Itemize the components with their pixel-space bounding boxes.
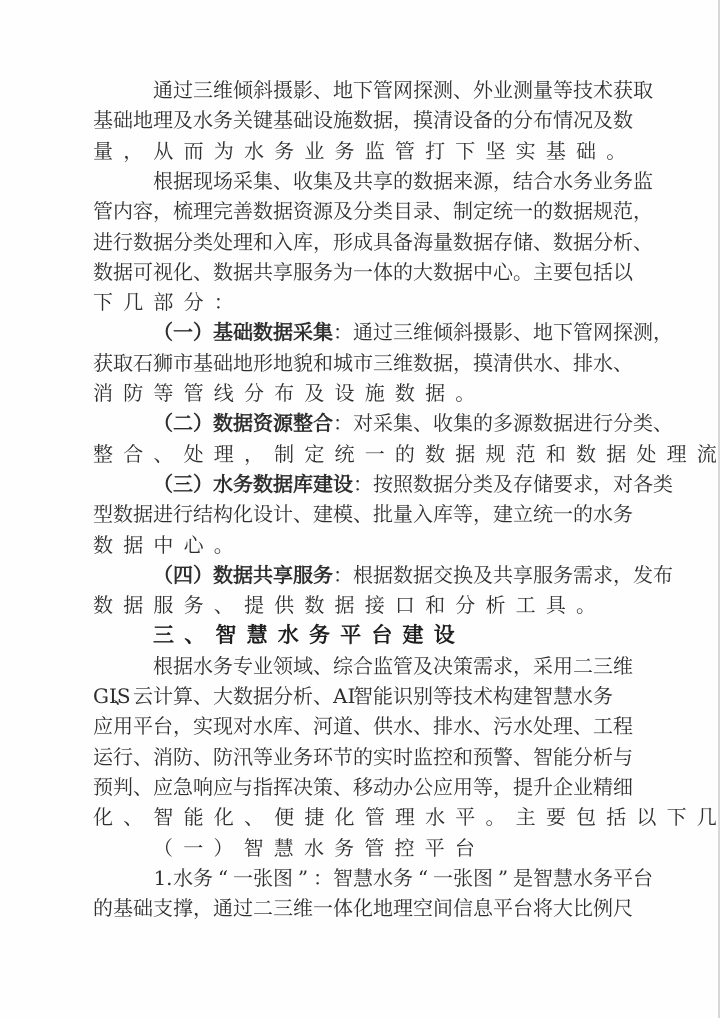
- glyph: 括: [606, 802, 626, 832]
- glyph: 例: [593, 893, 613, 923]
- glyph: 程: [613, 711, 633, 741]
- glyph: 、: [313, 651, 333, 681]
- glyph: 用: [453, 772, 473, 802]
- subsection-heading: （一）智慧水务管控平台: [153, 833, 607, 863]
- glyph: 分: [453, 469, 473, 499]
- glyph: 务: [193, 863, 213, 893]
- glyph: 打: [425, 136, 445, 166]
- glyph: 备: [393, 227, 413, 257]
- glyph: 污: [493, 711, 513, 741]
- glyph: 享: [373, 166, 393, 196]
- glyph: 理: [193, 196, 213, 226]
- glyph: 理: [214, 439, 234, 469]
- glyph: 基: [93, 105, 113, 135]
- glyph: 以: [613, 257, 633, 287]
- glyph: 一: [313, 893, 333, 923]
- glyph: 。: [455, 378, 475, 408]
- text-line: 消防等管线分布及设施数据。: [93, 378, 607, 408]
- glyph: 数: [576, 439, 596, 469]
- glyph: “: [413, 863, 433, 893]
- glyph: 整: [293, 408, 313, 438]
- glyph: GIS: [93, 681, 113, 711]
- glyph: 行: [113, 742, 133, 772]
- glyph: 防: [123, 378, 143, 408]
- glyph: 数: [433, 257, 453, 287]
- glyph: 和: [425, 590, 445, 620]
- glyph: 享: [273, 560, 293, 590]
- glyph: 主: [516, 802, 536, 832]
- glyph: ，: [653, 317, 673, 347]
- glyph: 将: [533, 893, 553, 923]
- glyph: 地: [533, 317, 553, 347]
- glyph: 务: [393, 863, 413, 893]
- glyph: 三: [273, 893, 293, 923]
- glyph: 的: [473, 408, 493, 438]
- glyph: 、: [214, 590, 234, 620]
- glyph: 下: [353, 75, 373, 105]
- glyph: 以: [636, 802, 656, 832]
- glyph: 源: [473, 166, 493, 196]
- glyph: ：: [353, 469, 373, 499]
- glyph: 倾: [433, 317, 453, 347]
- glyph: 数: [213, 408, 233, 438]
- glyph: 交: [433, 560, 453, 590]
- glyph: ，: [613, 560, 633, 590]
- glyph: 定: [473, 196, 493, 226]
- glyph: 水: [244, 136, 264, 166]
- glyph: 业: [573, 772, 593, 802]
- glyph: 、: [553, 348, 573, 378]
- glyph: 集: [313, 166, 333, 196]
- glyph: 需: [473, 651, 493, 681]
- glyph: 数: [253, 196, 273, 226]
- glyph: 内: [113, 196, 133, 226]
- glyph: 理: [233, 227, 253, 257]
- glyph: 监: [413, 742, 433, 772]
- glyph: 服: [153, 590, 173, 620]
- glyph: 据: [373, 105, 393, 135]
- glyph: 水: [193, 651, 213, 681]
- glyph: 可: [133, 257, 153, 287]
- glyph: 集: [453, 408, 473, 438]
- glyph: 换: [453, 560, 473, 590]
- glyph: 二: [173, 408, 193, 438]
- glyph: 云: [133, 681, 153, 711]
- glyph: 消: [153, 742, 173, 772]
- glyph: 源: [513, 408, 533, 438]
- glyph: 维: [293, 893, 313, 923]
- glyph: 制: [274, 439, 294, 469]
- glyph: 采: [233, 166, 253, 196]
- glyph: 务: [613, 499, 633, 529]
- glyph: 数: [413, 166, 433, 196]
- text-line: 下几部分：: [93, 287, 607, 317]
- glyph: 分: [513, 105, 533, 135]
- glyph: 业: [593, 166, 613, 196]
- list-item-line: （三）水务数据库建设：按照数据分类及存储要求，对各类: [153, 469, 607, 499]
- glyph: 务: [233, 469, 253, 499]
- glyph: 析: [485, 590, 505, 620]
- glyph: 源: [313, 196, 333, 226]
- glyph: 况: [573, 105, 593, 135]
- glyph: ，: [193, 893, 213, 923]
- glyph: 心: [493, 257, 513, 287]
- glyph: 、: [633, 227, 653, 257]
- glyph: 数: [613, 105, 633, 135]
- glyph: 维: [413, 317, 433, 347]
- glyph: 发: [633, 560, 653, 590]
- glyph: 定: [304, 439, 324, 469]
- glyph: 资: [293, 196, 313, 226]
- glyph: 水: [213, 469, 233, 499]
- glyph: 务: [613, 166, 633, 196]
- glyph: 基: [193, 348, 213, 378]
- glyph: 取: [633, 75, 653, 105]
- glyph: 三: [153, 620, 174, 650]
- glyph: 化: [353, 893, 373, 923]
- glyph: （: [153, 317, 173, 347]
- glyph: 应: [433, 772, 453, 802]
- glyph: 基: [273, 105, 293, 135]
- glyph: 析: [293, 681, 313, 711]
- glyph: 理: [553, 711, 573, 741]
- glyph: 集: [393, 408, 413, 438]
- glyph: 来: [453, 166, 473, 196]
- glyph: 、: [193, 257, 213, 287]
- glyph: 据: [133, 499, 153, 529]
- glyph: 分: [573, 742, 593, 772]
- glyph: 台: [513, 893, 533, 923]
- glyph: 据: [273, 317, 293, 347]
- glyph: 布: [274, 378, 294, 408]
- glyph: 量: [393, 499, 413, 529]
- glyph: 、: [513, 317, 533, 347]
- glyph: 技: [573, 75, 593, 105]
- glyph: ）: [193, 560, 213, 590]
- glyph: 平: [613, 863, 633, 893]
- glyph: 一: [183, 833, 203, 863]
- glyph: 慧: [353, 863, 373, 893]
- glyph: 数: [353, 105, 373, 135]
- glyph: 务: [313, 257, 333, 287]
- glyph: 监: [373, 651, 393, 681]
- glyph: 图: [273, 863, 293, 893]
- glyph: 服: [293, 257, 313, 287]
- glyph: 几: [123, 287, 143, 317]
- glyph: 水: [553, 166, 573, 196]
- glyph: 慧: [274, 833, 294, 863]
- glyph: 城: [333, 348, 353, 378]
- glyph: 地: [333, 75, 353, 105]
- glyph: 台: [371, 620, 392, 650]
- glyph: 水: [513, 711, 533, 741]
- glyph: 建: [313, 469, 333, 499]
- glyph: 结: [193, 499, 213, 529]
- glyph: 、: [353, 499, 373, 529]
- glyph: （: [153, 469, 173, 499]
- glyph: 库: [273, 711, 293, 741]
- glyph: 数: [453, 227, 473, 257]
- glyph: 的: [573, 499, 593, 529]
- glyph: 类: [473, 469, 493, 499]
- glyph: 容: [133, 196, 153, 226]
- glyph: 业: [304, 136, 324, 166]
- glyph: 统: [493, 196, 513, 226]
- glyph: 信: [453, 893, 473, 923]
- glyph: 数: [553, 227, 573, 257]
- glyph: ，: [153, 196, 173, 226]
- glyph: 警: [493, 742, 513, 772]
- glyph: 施: [365, 378, 385, 408]
- glyph: ，: [473, 499, 493, 529]
- text-line: 整合、处理，制定统一的数据规范和数据处理流程。: [93, 439, 607, 469]
- glyph: 录: [413, 196, 433, 226]
- text-line: 根据现场采集、收集及共享的数据来源，结合水务业务监: [153, 166, 607, 196]
- glyph: 梳: [173, 196, 193, 226]
- glyph: 预: [93, 772, 113, 802]
- glyph: 三: [173, 469, 193, 499]
- glyph: ，: [633, 196, 653, 226]
- glyph: 形: [253, 348, 273, 378]
- glyph: 水: [573, 681, 593, 711]
- glyph: 源: [273, 408, 293, 438]
- glyph: 控: [433, 742, 453, 772]
- glyph: 情: [553, 105, 573, 135]
- text-line: 数据服务、提供数据接口和分析工具。: [93, 590, 607, 620]
- glyph: 张: [453, 863, 473, 893]
- glyph: 务: [334, 833, 354, 863]
- glyph: 三: [393, 317, 413, 347]
- glyph: 环: [313, 742, 333, 772]
- glyph: 据: [433, 348, 453, 378]
- glyph: 为: [333, 257, 353, 287]
- glyph: 理: [395, 802, 415, 832]
- glyph: 技: [453, 681, 473, 711]
- glyph: 入: [273, 227, 293, 257]
- glyph: 、: [193, 742, 213, 772]
- glyph: 台: [633, 863, 653, 893]
- glyph: 共: [493, 560, 513, 590]
- glyph: 统: [335, 439, 355, 469]
- glyph: 处: [533, 711, 553, 741]
- glyph: 运: [93, 742, 113, 772]
- glyph: 外: [473, 75, 493, 105]
- glyph: 设: [335, 378, 355, 408]
- glyph: ）: [193, 408, 213, 438]
- glyph: 获: [93, 348, 113, 378]
- glyph: 一: [433, 863, 453, 893]
- glyph: 类: [193, 227, 213, 257]
- glyph: 按: [373, 469, 393, 499]
- glyph: 分: [353, 196, 373, 226]
- glyph: 务: [573, 166, 593, 196]
- glyph: 化: [173, 257, 193, 287]
- glyph: 据: [253, 681, 273, 711]
- glyph: 据: [413, 560, 433, 590]
- glyph: 据: [173, 166, 193, 196]
- glyph: 根: [153, 166, 173, 196]
- glyph: 管: [364, 833, 384, 863]
- glyph: 实: [373, 742, 393, 772]
- glyph: 据: [433, 166, 453, 196]
- glyph: ）: [213, 833, 233, 863]
- glyph: ，: [173, 711, 193, 741]
- glyph: 享: [513, 560, 533, 590]
- glyph: 统: [533, 499, 553, 529]
- glyph: 管: [365, 802, 385, 832]
- glyph: 对: [613, 469, 633, 499]
- glyph: 批: [373, 499, 393, 529]
- glyph: 类: [653, 469, 673, 499]
- glyph: ，: [123, 136, 143, 166]
- glyph: 数: [413, 469, 433, 499]
- glyph: 业: [253, 651, 273, 681]
- glyph: 视: [153, 257, 173, 287]
- text-line: 通过三维倾斜摄影、地下管网探测、外业测量等技术获取: [153, 75, 607, 105]
- glyph: 础: [233, 317, 253, 347]
- glyph: 水: [593, 499, 613, 529]
- glyph: 专: [233, 651, 253, 681]
- glyph: 支: [153, 893, 173, 923]
- glyph: 慧: [247, 620, 268, 650]
- glyph: 台: [455, 833, 475, 863]
- glyph: 型: [93, 499, 113, 529]
- glyph: 、: [653, 408, 673, 438]
- glyph: 慧: [553, 681, 573, 711]
- glyph: 据: [573, 227, 593, 257]
- glyph: 础: [133, 893, 153, 923]
- glyph: 一: [353, 257, 373, 287]
- glyph: 根: [153, 651, 173, 681]
- glyph: 应: [153, 772, 173, 802]
- glyph: 智: [533, 863, 553, 893]
- text-line: 量，从而为水务业务监管打下坚实基础。: [93, 136, 607, 166]
- glyph: 建: [313, 499, 333, 529]
- glyph: 市: [173, 348, 193, 378]
- glyph: 务: [274, 136, 294, 166]
- glyph: 间: [433, 893, 453, 923]
- glyph: 数: [213, 560, 233, 590]
- list-item-line: （一）基础数据采集：通过三维倾斜摄影、地下管网探测，: [153, 317, 607, 347]
- glyph: 库: [293, 469, 313, 499]
- glyph: 需: [573, 560, 593, 590]
- glyph: 接: [365, 590, 385, 620]
- glyph: 务: [335, 136, 355, 166]
- glyph: 共: [353, 166, 373, 196]
- glyph: 采: [373, 408, 393, 438]
- glyph: 张: [253, 863, 273, 893]
- glyph: 建: [513, 681, 533, 711]
- glyph: 础: [113, 105, 133, 135]
- glyph: 根: [353, 560, 373, 590]
- glyph: 布: [653, 560, 673, 590]
- glyph: 能: [553, 742, 573, 772]
- glyph: 取: [113, 348, 133, 378]
- glyph: 一: [553, 499, 573, 529]
- glyph: （: [153, 560, 173, 590]
- text-line: 预判、应急响应与指挥决策、移动办公应用等，提升企业精细: [93, 772, 607, 802]
- glyph: 求: [593, 560, 613, 590]
- glyph: ：: [333, 560, 353, 590]
- glyph: 据: [373, 560, 393, 590]
- glyph: 石: [133, 348, 153, 378]
- glyph: 础: [213, 348, 233, 378]
- glyph: 智: [153, 802, 173, 832]
- glyph: 务: [313, 560, 333, 590]
- glyph: 通: [353, 317, 373, 347]
- text-line: 数据可视化、数据共享服务为一体的大数据中心。主要包括以: [93, 257, 607, 287]
- glyph: 、: [113, 681, 133, 711]
- glyph: 据: [123, 530, 143, 560]
- glyph: 模: [333, 499, 353, 529]
- glyph: 数: [93, 590, 113, 620]
- glyph: 决: [293, 772, 313, 802]
- glyph: 水: [533, 348, 553, 378]
- glyph: 理: [393, 893, 413, 923]
- glyph: 数: [213, 257, 233, 287]
- glyph: 、: [293, 711, 313, 741]
- glyph: 构: [493, 681, 513, 711]
- glyph: 供: [274, 590, 294, 620]
- glyph: 及: [493, 469, 513, 499]
- list-item-line: （四）数据共享服务：根据数据交换及共享服务需求，发布: [153, 560, 607, 590]
- glyph: 据: [173, 651, 193, 681]
- glyph: 管: [184, 378, 204, 408]
- glyph: 地: [133, 105, 153, 135]
- glyph: 采: [293, 317, 313, 347]
- glyph: 类: [633, 408, 653, 438]
- glyph: 及: [304, 378, 324, 408]
- glyph: 据: [455, 439, 475, 469]
- glyph: 据: [473, 227, 493, 257]
- glyph: 场: [213, 166, 233, 196]
- glyph: 集: [313, 317, 333, 347]
- glyph: 图: [473, 863, 493, 893]
- glyph: 平: [493, 893, 513, 923]
- glyph: 合: [123, 439, 143, 469]
- glyph: 行: [113, 227, 133, 257]
- glyph: 水: [593, 348, 613, 378]
- glyph: 分: [593, 227, 613, 257]
- glyph: 智: [333, 863, 353, 893]
- glyph: 的: [93, 893, 113, 923]
- glyph: 平: [425, 833, 445, 863]
- glyph: 用: [113, 711, 133, 741]
- glyph: 务: [593, 863, 613, 893]
- glyph: 和: [546, 439, 566, 469]
- glyph: AI: [333, 681, 353, 711]
- glyph: ：: [333, 408, 353, 438]
- glyph: 地: [273, 348, 293, 378]
- glyph: 管: [93, 196, 113, 226]
- glyph: 类: [373, 196, 393, 226]
- glyph: 等: [153, 378, 173, 408]
- glyph: 能: [184, 802, 204, 832]
- glyph: 指: [253, 772, 273, 802]
- glyph: 数: [133, 227, 153, 257]
- glyph: 资: [253, 408, 273, 438]
- glyph: 中: [473, 257, 493, 287]
- glyph: 据: [453, 257, 473, 287]
- glyph: 智: [353, 681, 373, 711]
- glyph: 的: [393, 166, 413, 196]
- glyph: 供: [513, 348, 533, 378]
- text-line: 管内容，梳理完善数据资源及分类目录、制定统一的数据规范，: [93, 196, 607, 226]
- glyph: 企: [553, 772, 573, 802]
- glyph: 汛: [233, 742, 253, 772]
- glyph: 收: [433, 408, 453, 438]
- glyph: 及: [473, 560, 493, 590]
